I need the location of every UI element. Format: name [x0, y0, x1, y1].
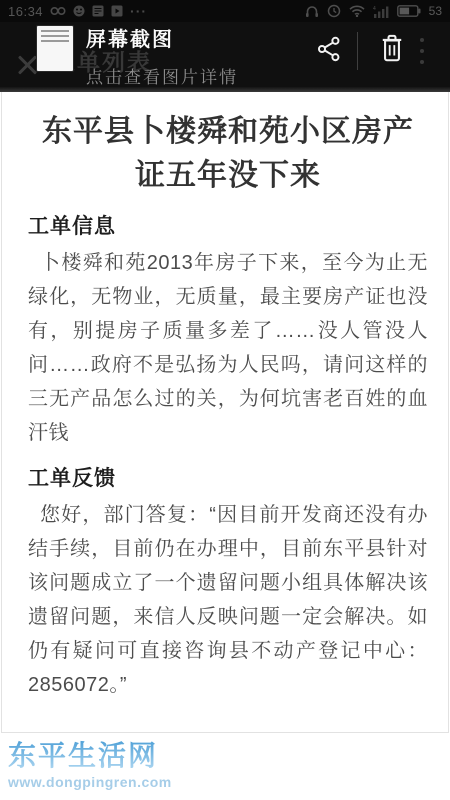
site-watermark: 东平生活网 www.dongpingren.com — [8, 734, 172, 790]
svg-text:4: 4 — [373, 6, 376, 12]
delete-icon[interactable] — [378, 33, 406, 63]
screenshot-notification[interactable]: 工单列表 屏幕截图 点击查看图片详情 — [0, 22, 450, 87]
battery-icon — [397, 5, 421, 17]
site-url: www.dongpingren.com — [8, 774, 172, 790]
clock-time: 16:34 — [8, 4, 43, 19]
article-title: 东平县卜楼舜和苑小区房产证五年没下来 — [32, 110, 424, 198]
link-infinity-icon — [50, 6, 66, 16]
close-icon[interactable] — [16, 54, 38, 76]
video-icon — [111, 5, 123, 17]
menu-dots-icon — [420, 38, 424, 64]
phone-screen: 16:34 ··· — [0, 0, 450, 800]
article-card: 东平县卜楼舜和苑小区房产证五年没下来 工单信息 卜楼舜和苑2013年房子下来，至… — [1, 92, 449, 733]
section-heading-workorder-feedback: 工单反馈 — [28, 462, 428, 492]
alarm-icon — [327, 4, 341, 18]
section-body-workorder-info: 卜楼舜和苑2013年房子下来，至今为止无绿化，无物业，无质量，最主要房产证也没有… — [28, 246, 428, 450]
status-bar-left: 16:34 ··· — [8, 3, 147, 19]
status-bar-right: 4 53 — [305, 4, 442, 18]
wifi-icon — [349, 5, 365, 17]
share-icon[interactable] — [315, 35, 343, 63]
notification-title: 屏幕截图 — [86, 23, 238, 52]
screenshot-thumbnail[interactable] — [37, 26, 73, 71]
overflow-dots-icon: ··· — [130, 3, 147, 19]
section-body-workorder-feedback: 您好，部门答复：“因目前开发商还没有办结手续，目前仍在办理中，目前东平县针对该问… — [28, 498, 428, 702]
battery-percent: 53 — [429, 4, 442, 18]
notification-texts: 屏幕截图 点击查看图片详情 — [86, 23, 238, 88]
signal-icon: 4 — [373, 5, 389, 18]
status-bar: 16:34 ··· — [0, 0, 450, 22]
thumbnail-content — [41, 30, 69, 44]
notification-subtitle: 点击查看图片详情 — [86, 63, 238, 88]
site-logo: 东平生活网 — [8, 734, 172, 774]
action-divider — [357, 32, 358, 70]
smiley-icon — [73, 5, 85, 17]
note-icon — [92, 5, 104, 17]
section-heading-workorder-info: 工单信息 — [28, 210, 428, 240]
headset-icon — [305, 5, 319, 18]
